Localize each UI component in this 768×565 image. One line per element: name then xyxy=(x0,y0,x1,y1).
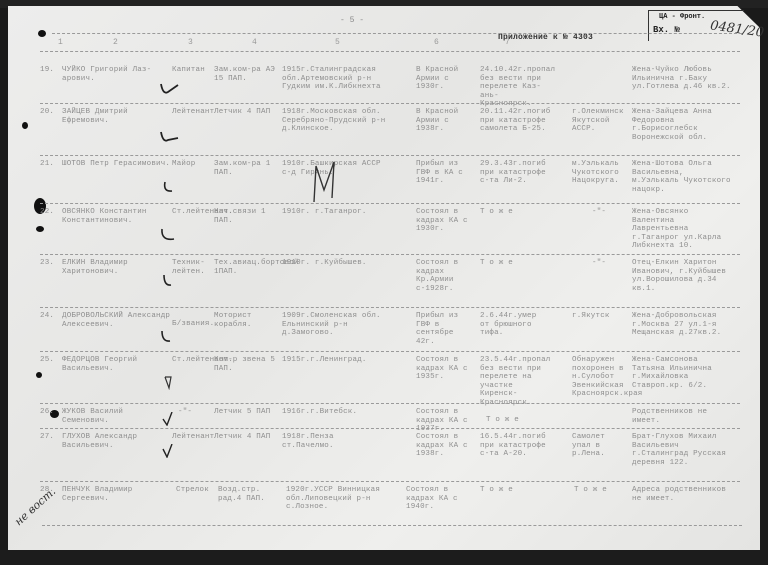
row-position: Нач.связи 1 ПАП. xyxy=(214,208,276,225)
row-service: Прибыл из ГВФ в сентябре 42г. xyxy=(416,312,474,346)
row-rank: Ст.лейтенант. xyxy=(172,356,212,365)
row-divider xyxy=(40,307,740,308)
row-service: Состоял в кадрах КА с 1930г. xyxy=(416,208,474,234)
row-relatives: Жена-Овсянко Валентина Лаврентьевна г.Та… xyxy=(632,208,732,251)
row-number: 21. xyxy=(40,160,54,169)
checkmark-icon xyxy=(160,82,180,96)
column-number-2: 2 xyxy=(113,38,118,47)
row-divider xyxy=(40,254,740,255)
row-fate: 23.5.44г.пропал без вести при перелете н… xyxy=(480,356,548,407)
row-divider xyxy=(40,155,740,156)
row-divider xyxy=(40,203,740,204)
row-position: Летчик 5 ПАП xyxy=(214,408,270,417)
row-name: ФЕДОРЦОВ Георгий Васильевич. xyxy=(62,356,172,373)
row-number: 25. xyxy=(40,356,54,365)
row-name: ДОБРОВОЛЬСКИЙ Александр Алексеевич. xyxy=(62,312,172,329)
ink-blot xyxy=(36,372,42,378)
row-fate: 2.6.44г.умер от брюшного тифа. xyxy=(480,312,548,338)
row-relatives: Адреса родственников не имеет. xyxy=(632,486,732,503)
ink-blot xyxy=(36,226,44,232)
column-number-4: 4 xyxy=(252,38,257,47)
row-service: Состоял в кадрах Кр.Армии с-1928г. xyxy=(416,259,474,293)
row-number: 20. xyxy=(40,108,54,117)
checkmark-icon xyxy=(162,274,182,288)
row-position: Зам.ком-ра АЭ 15 ПАП. xyxy=(214,66,276,83)
row-name: ШОТОВ Петр Герасимович. xyxy=(62,160,172,169)
row-service: В Красной Армии с 1930г. xyxy=(416,66,474,92)
row-burial: м.Уэлькаль Чукотского Нацокруга. xyxy=(572,160,626,186)
row-number: 27. xyxy=(40,433,54,442)
row-divider xyxy=(40,428,740,429)
row-position: Моторист корабля. xyxy=(214,312,276,329)
checkmark-icon xyxy=(160,130,180,144)
row-name: ПЕНЧУК Владимир Сергеевич. xyxy=(62,486,172,503)
row-relatives: Брат-Глухов Михаил Васильевич г.Сталингр… xyxy=(632,433,732,467)
row-name: ЖУКОВ Василий Семенович. xyxy=(62,408,172,425)
row-birth: 1915г.Сталинградская обл.Артемовский р-н… xyxy=(282,66,390,92)
row-rank: Лейтенант xyxy=(172,108,214,117)
row-birth: 1915г.г.Ленинград. xyxy=(282,356,390,365)
column-number-3: 3 xyxy=(188,38,193,47)
row-relatives: Жена-Добровольская г.Москва 27 ул.1-я Ме… xyxy=(632,312,732,338)
row-service: Состоял в кадрах КА с 1937г. xyxy=(416,408,474,434)
row-relatives: Отец-Елкин Харитон Иванович, г.Куйбышев … xyxy=(632,259,732,293)
row-number: 23. xyxy=(40,259,54,268)
row-position: Ком-р звена 5 ПАП. xyxy=(214,356,276,373)
row-position: Зам.ком-ра 1 ПАП. xyxy=(214,160,276,177)
row-fate: Т о ж е xyxy=(486,416,519,425)
row-burial: -"- xyxy=(592,259,606,268)
row-relatives: Родственников не имеет. xyxy=(632,408,732,425)
column-number-5: 5 xyxy=(335,38,340,47)
row-number: 22. xyxy=(40,208,54,217)
row-birth: 1909г.Смоленская обл. Ельнинский р-н д.З… xyxy=(282,312,390,338)
row-service: Состоял в кадрах КА с 1938г. xyxy=(416,433,474,459)
row-relatives: Жена-Самсонова Татьяна Ильинична г.Михай… xyxy=(632,356,732,390)
attachment-inscription: Приложение к № 4303 xyxy=(498,34,593,43)
row-rank: -"- xyxy=(178,408,192,417)
checkmark-icon xyxy=(162,180,182,194)
row-burial: г.Олекминск Якутской АССР. xyxy=(572,108,626,134)
checkmark-icon xyxy=(160,412,180,426)
row-birth: 1918г.Московская обл. Серебряно-Прудский… xyxy=(282,108,390,134)
ink-blot xyxy=(22,122,28,129)
row-relatives: Жена-Зайцева Анна Федоровна г.Борисоглеб… xyxy=(632,108,732,142)
row-rank: Б/звания. xyxy=(172,320,214,329)
header-top-rule xyxy=(52,33,742,34)
row-divider xyxy=(42,525,742,526)
row-number: 26. xyxy=(40,408,54,417)
row-rank: Ст.лейтенант. xyxy=(172,208,212,217)
row-burial: Самолет упал в р.Лена. xyxy=(572,433,628,459)
row-rank: Майор xyxy=(172,160,196,169)
row-burial: г.Якутск xyxy=(572,312,610,321)
ink-blot xyxy=(38,30,46,37)
page-number: - 5 - xyxy=(340,16,364,25)
row-divider xyxy=(40,351,740,352)
row-fate: 20.11.42г.погиб при катастрофе самолета … xyxy=(480,108,548,134)
checkmark-icon xyxy=(160,444,180,458)
row-name: ГЛУХОВ Александр Васильевич. xyxy=(62,433,172,450)
header-bottom-rule xyxy=(40,51,740,52)
checkmark-icon xyxy=(160,228,180,242)
scan-bottom-edge xyxy=(0,550,768,565)
row-divider xyxy=(40,103,740,104)
row-service: В Красной Армии с 1938г. xyxy=(416,108,474,134)
column-number-1: 1 xyxy=(58,38,63,47)
row-fate: Т о ж е xyxy=(480,259,513,268)
handwritten-m-mark xyxy=(310,160,338,204)
row-service: Состоял в кадрах КА с 1940г. xyxy=(406,486,466,512)
stamp-top-label: ЦА - Фронт. xyxy=(659,13,705,21)
row-birth: 1916г.г.Витебск. xyxy=(282,408,357,417)
row-relatives: Жена-Шотова Ольга Васильевна, м.Уэлькаль… xyxy=(632,160,732,194)
row-service: Прибыл из ГВФ в КА с 1941г. xyxy=(416,160,474,186)
row-fate: 16.5.44г.погиб при катастрофе с-та А-20. xyxy=(480,433,548,459)
row-rank: Стрелок xyxy=(176,486,209,495)
row-birth: 1910г. г.Таганрог. xyxy=(282,208,390,217)
checkmark-icon xyxy=(163,376,183,390)
row-fate: Т о ж е xyxy=(480,486,513,495)
row-fate: Т о ж е xyxy=(480,208,513,217)
row-birth: 1918г.Пенза ст.Пачелмо. xyxy=(282,433,390,450)
row-position: Тех.авиац.бортовой 1ПАП. xyxy=(214,259,276,276)
column-number-6: 6 xyxy=(434,38,439,47)
row-number: 19. xyxy=(40,66,54,75)
row-number: 24. xyxy=(40,312,54,321)
row-rank: Капитан xyxy=(172,66,205,75)
row-name: ЕЛКИН Владимир Харитонович. xyxy=(62,259,172,276)
row-birth: 1910г. г.Куйбышев. xyxy=(282,259,390,268)
row-position: Летчик 4 ПАП xyxy=(214,433,270,442)
row-position: Возд.стр. рад.4 ПАП. xyxy=(218,486,278,503)
row-name: ЗАЙЦЕВ Дмитрий Ефремович. xyxy=(62,108,172,125)
row-divider xyxy=(40,403,740,404)
row-fate: 29.3.43г.погиб при катастрофе с-та Ли-2. xyxy=(480,160,548,186)
row-birth: 1920г.УССР Винницкая обл.Липовецкий р-н … xyxy=(286,486,390,512)
row-service: Состоял в кадрах КА с 1935г. xyxy=(416,356,474,382)
row-burial: -"- xyxy=(592,208,606,217)
row-name: ЧУЙКО Григорий Лаз-арович. xyxy=(62,66,182,83)
row-burial: Т о ж е xyxy=(574,486,607,495)
row-position: Летчик 4 ПАП xyxy=(214,108,270,117)
row-name: ОВСЯНКО Константин Константинович. xyxy=(62,208,172,225)
column-number-7: 7 xyxy=(505,38,510,47)
row-divider xyxy=(40,481,740,482)
checkmark-icon xyxy=(160,330,180,344)
row-burial: Обнаружен похоронен в н.Сулобот Эвенкийс… xyxy=(572,356,630,399)
row-rank: Лейтенант xyxy=(172,433,214,442)
row-relatives: Жена-Чуйко Любовь Ильинична г.Баку ул.Го… xyxy=(632,66,732,92)
